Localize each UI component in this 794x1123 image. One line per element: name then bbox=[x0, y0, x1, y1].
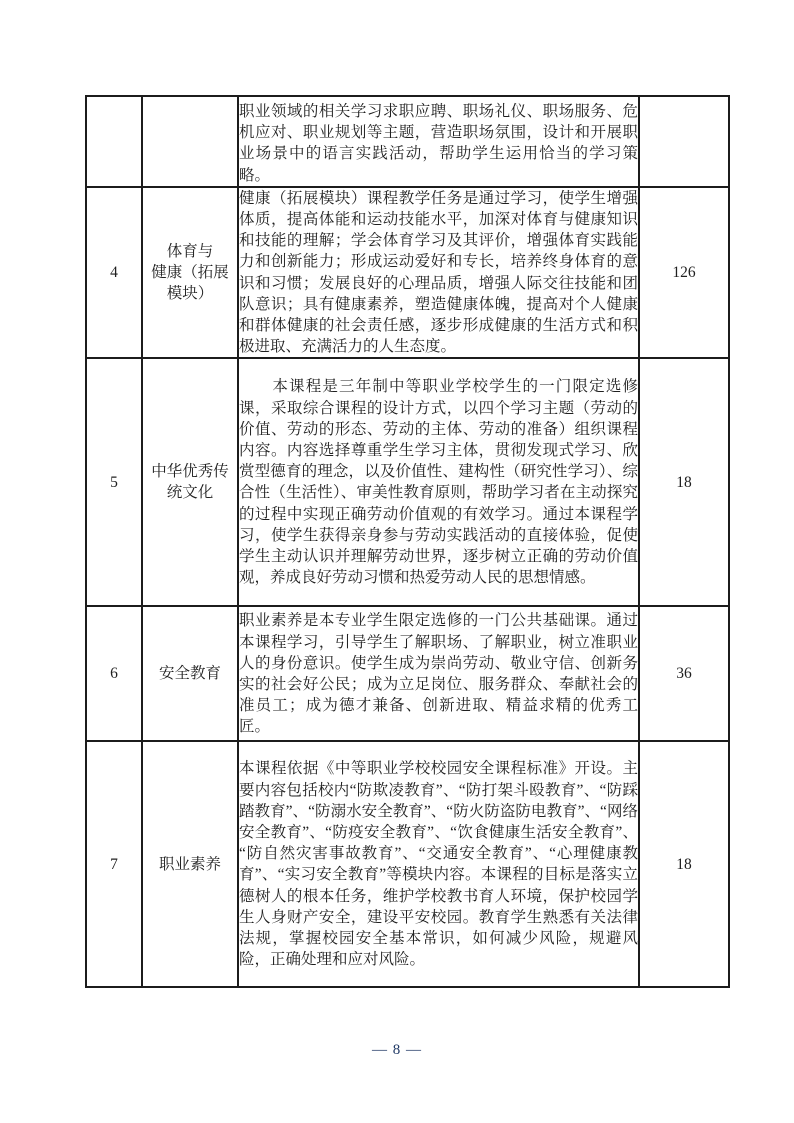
course-number bbox=[86, 96, 142, 187]
course-hours bbox=[639, 96, 729, 187]
course-name: 体育与 健康（拓展 模块） bbox=[142, 187, 238, 359]
course-hours: 18 bbox=[639, 741, 729, 987]
course-description: 本课程依据《中等职业学校校园安全课程标准》开设。主要内容包括校内“防欺凌教育”、… bbox=[238, 741, 639, 987]
course-number: 5 bbox=[86, 358, 142, 606]
course-name: 安全教育 bbox=[142, 606, 238, 741]
course-name: 中华优秀传 统文化 bbox=[142, 358, 238, 606]
course-number: 4 bbox=[86, 187, 142, 359]
course-description: 健康（拓展模块）课程教学任务是通过学习，使学生增强体质，提高体能和运动技能水平，… bbox=[238, 187, 639, 359]
curriculum-table: 职业领域的相关学习求职应聘、职场礼仪、职场服务、危机应对、职业规划等主题，营造职… bbox=[85, 95, 730, 988]
course-name: 职业素养 bbox=[142, 741, 238, 987]
course-description: 职业领域的相关学习求职应聘、职场礼仪、职场服务、危机应对、职业规划等主题，营造职… bbox=[238, 96, 639, 187]
course-number: 7 bbox=[86, 741, 142, 987]
table-row: 6 安全教育 职业素养是本专业学生限定选修的一门公共基础课。通过本课程学习，引导… bbox=[86, 606, 729, 741]
course-hours: 126 bbox=[639, 187, 729, 359]
course-hours: 18 bbox=[639, 358, 729, 606]
course-name bbox=[142, 96, 238, 187]
table-row: 职业领域的相关学习求职应聘、职场礼仪、职场服务、危机应对、职业规划等主题，营造职… bbox=[86, 96, 729, 187]
table-row: 7 职业素养 本课程依据《中等职业学校校园安全课程标准》开设。主要内容包括校内“… bbox=[86, 741, 729, 987]
course-description: 职业素养是本专业学生限定选修的一门公共基础课。通过本课程学习，引导学生了解职场、… bbox=[238, 606, 639, 741]
course-description: 本课程是三年制中等职业学校学生的一门限定选修课，采取综合课程的设计方式，以四个学… bbox=[238, 358, 639, 606]
document-page: 职业领域的相关学习求职应聘、职场礼仪、职场服务、危机应对、职业规划等主题，营造职… bbox=[0, 0, 794, 1123]
table-row: 5 中华优秀传 统文化 本课程是三年制中等职业学校学生的一门限定选修课，采取综合… bbox=[86, 358, 729, 606]
course-hours: 36 bbox=[639, 606, 729, 741]
table-row: 4 体育与 健康（拓展 模块） 健康（拓展模块）课程教学任务是通过学习，使学生增… bbox=[86, 187, 729, 359]
course-number: 6 bbox=[86, 606, 142, 741]
page-number: — 8 — bbox=[0, 1042, 794, 1059]
